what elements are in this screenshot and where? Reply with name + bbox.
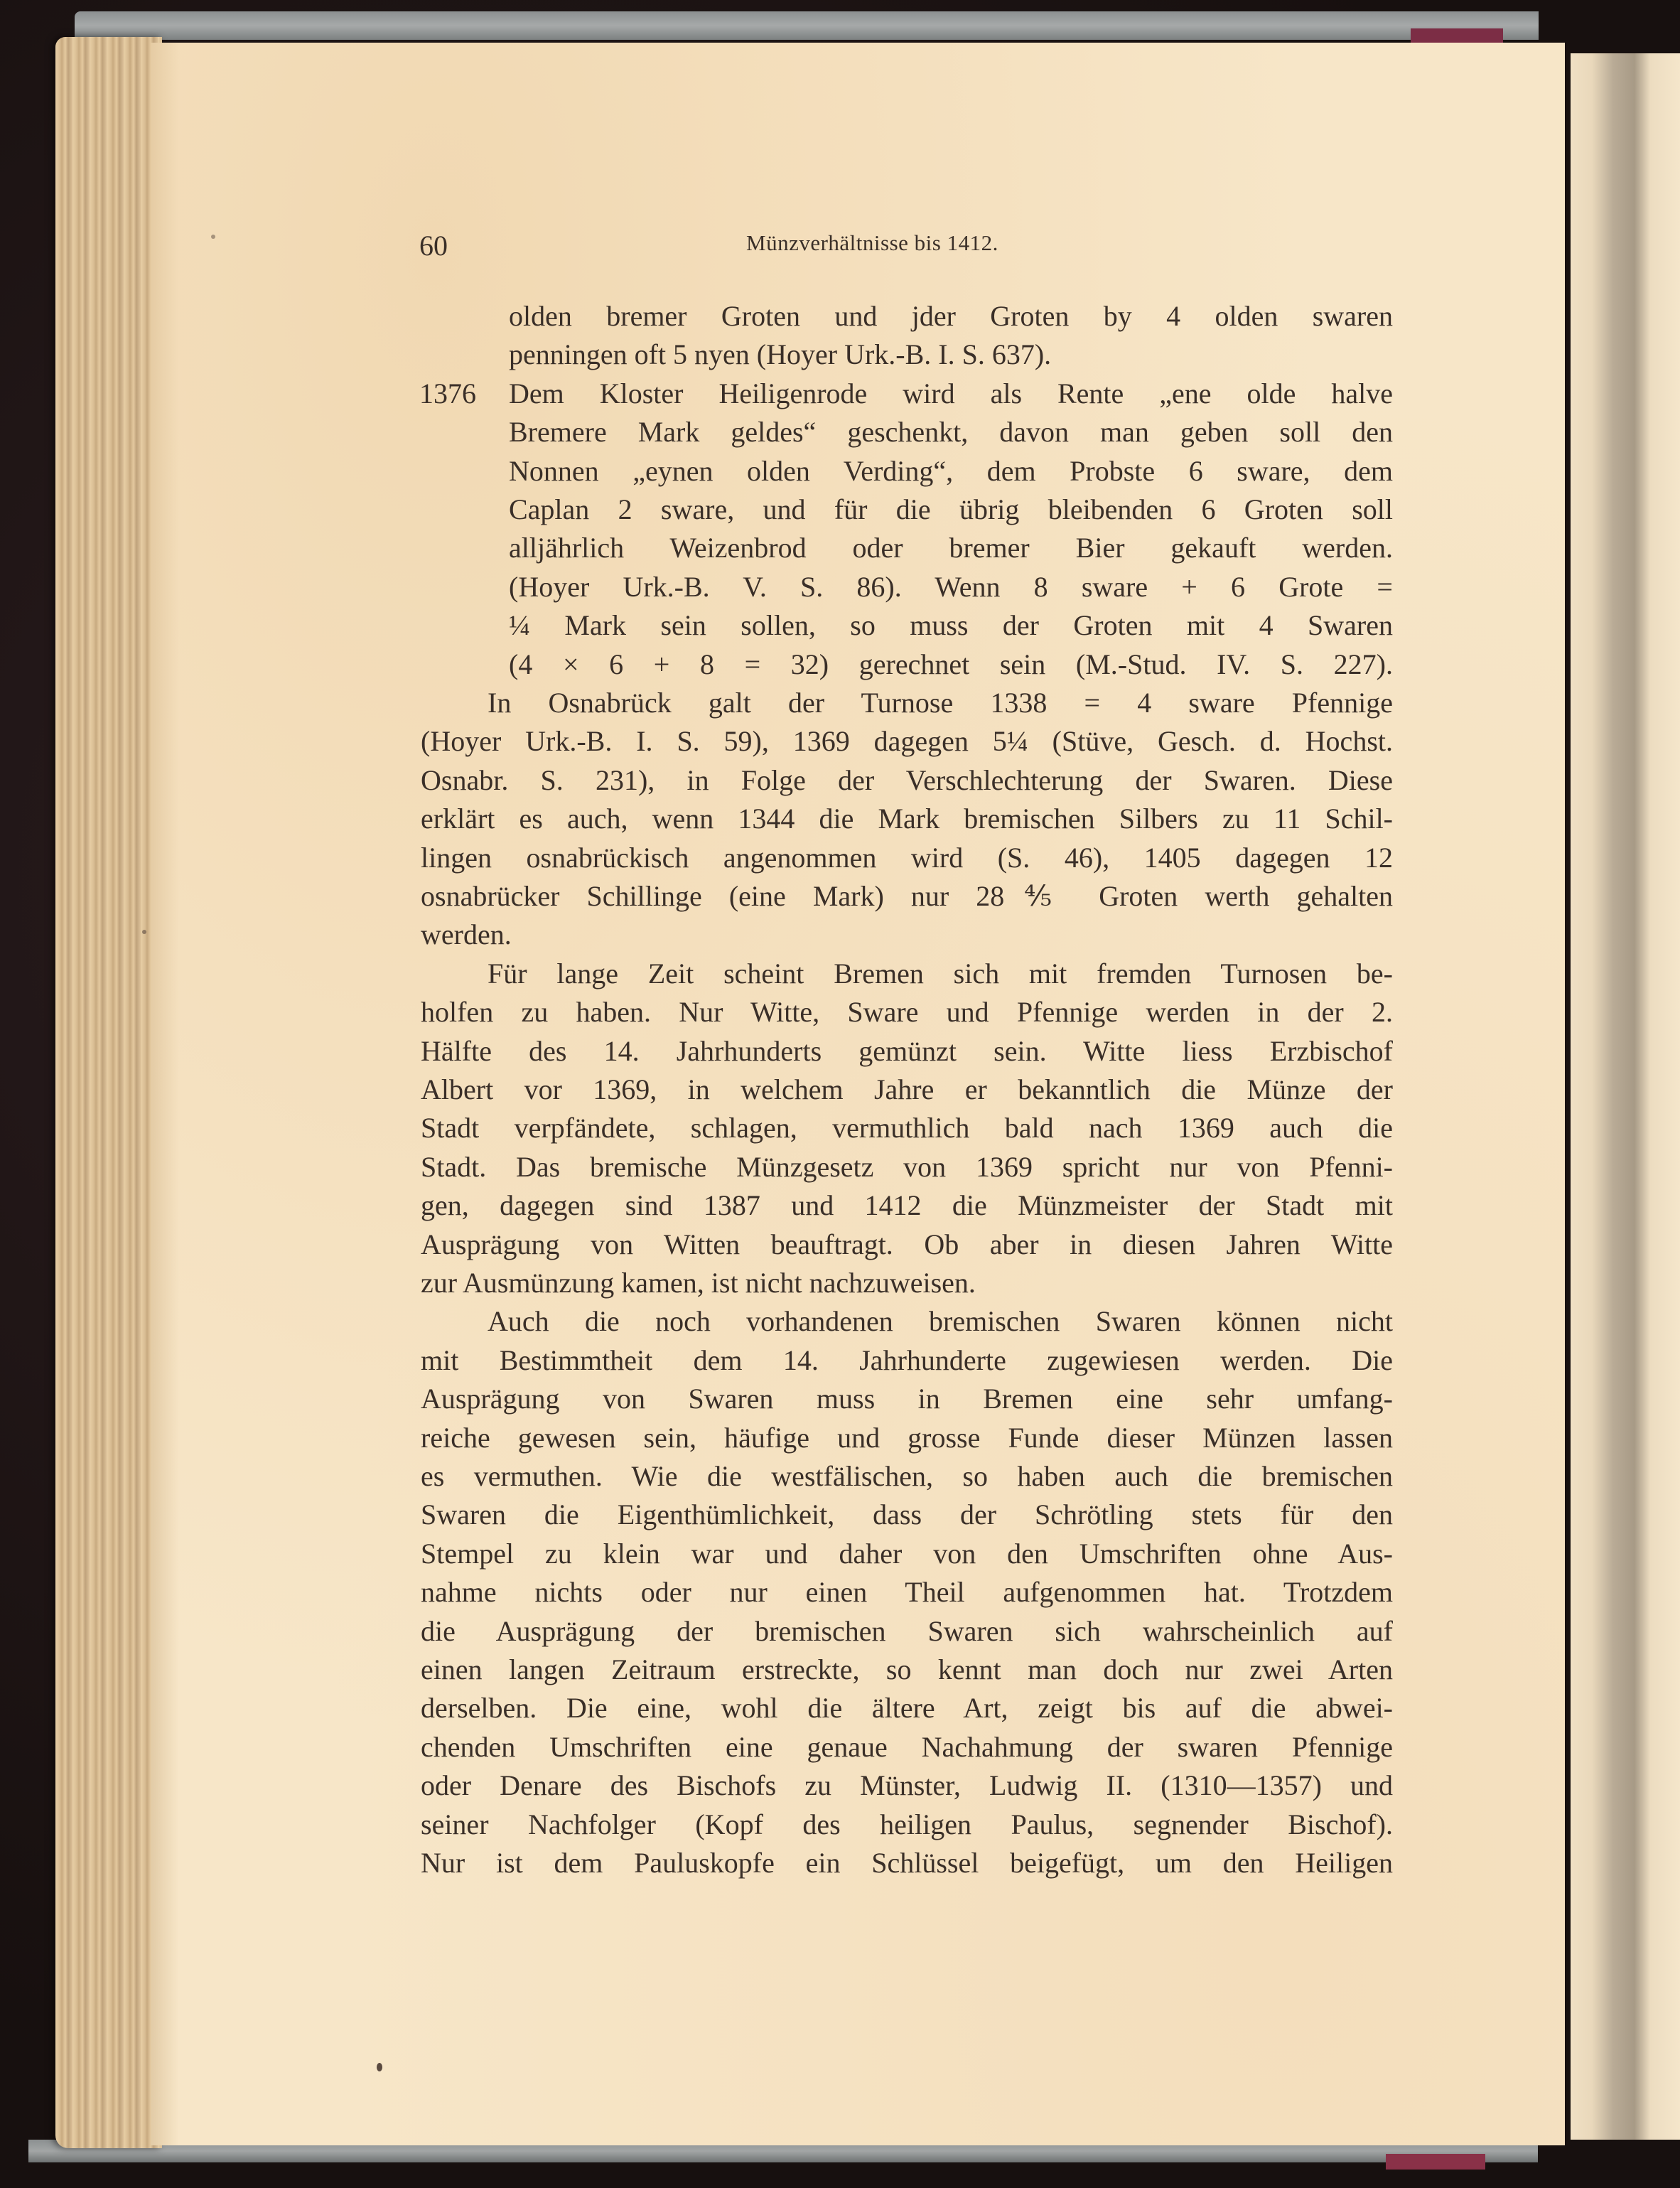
text-line: Auch die noch vorhandenen bremischen Swa… [488, 1302, 1393, 1341]
text-line: werden. [421, 916, 1393, 954]
text-line: oder Denare des Bischofs zu Münster, Lud… [421, 1766, 1393, 1805]
page-text: 60 Münzverhältnisse bis 1412. 1376 olden… [0, 0, 1680, 2188]
text-line: Ausprägung von Witten beauftragt. Ob abe… [421, 1226, 1393, 1264]
text-line: Nonnen „eynen olden Verding“, dem Probst… [509, 452, 1393, 490]
text-line: chenden Umschriften eine genaue Nachahmu… [421, 1728, 1393, 1766]
text-line: Albert vor 1369, in welchem Jahre er bek… [421, 1071, 1393, 1109]
text-line: Swaren die Eigenthümlichkeit, dass der S… [421, 1496, 1393, 1534]
text-line: penningen oft 5 nyen (Hoyer Urk.-B. I. S… [509, 336, 1393, 374]
text-line: holfen zu haben. Nur Witte, Sware und Pf… [421, 993, 1393, 1031]
text-line: Caplan 2 sware, und für die übrig bleibe… [509, 490, 1393, 529]
text-line: Bremere Mark geldes“ geschenkt, davon ma… [509, 413, 1393, 451]
text-line: gen, dagegen sind 1387 und 1412 die Münz… [421, 1186, 1393, 1225]
text-line: erklärt es auch, wenn 1344 die Mark brem… [421, 800, 1393, 838]
text-line: Osnabr. S. 231), in Folge der Verschlech… [421, 761, 1393, 800]
text-line: einen langen Zeitraum erstreckte, so ken… [421, 1651, 1393, 1689]
text-line: es vermuthen. Wie die westfälischen, so … [421, 1457, 1393, 1496]
text-line: zur Ausmünzung kamen, ist nicht nachzuwe… [421, 1264, 1393, 1302]
text-line: In Osnabrück galt der Turnose 1338 = 4 s… [488, 684, 1393, 722]
text-line: (4 × 6 + 8 = 32) gerechnet sein (M.-Stud… [509, 645, 1393, 684]
text-line: derselben. Die eine, wohl die ältere Art… [421, 1689, 1393, 1727]
text-line: Stadt verpfändete, schlagen, vermuthlich… [421, 1109, 1393, 1147]
text-line: osnabrücker Schillinge (eine Mark) nur 2… [421, 877, 1393, 916]
text-line: olden bremer Groten und jder Groten by 4… [509, 297, 1393, 336]
page-number: 60 [419, 229, 448, 262]
text-line: Für lange Zeit scheint Bremen sich mit f… [488, 955, 1393, 993]
text-line: seiner Nachfolger (Kopf des heiligen Pau… [421, 1806, 1393, 1844]
text-line: lingen osnabrückisch angenommen wird (S.… [421, 839, 1393, 877]
text-line: ¼ Mark sein sollen, so muss der Groten m… [509, 606, 1393, 645]
text-line: (Hoyer Urk.-B. I. S. 59), 1369 dagegen 5… [421, 722, 1393, 761]
text-line: Stempel zu klein war und daher von den U… [421, 1535, 1393, 1573]
text-line: Nur ist dem Pauluskopfe ein Schlüssel be… [421, 1844, 1393, 1882]
text-line: reiche gewesen sein, häufige und grosse … [421, 1419, 1393, 1457]
text-line: nahme nichts oder nur einen Theil aufgen… [421, 1573, 1393, 1611]
text-line: (Hoyer Urk.-B. V. S. 86). Wenn 8 sware +… [509, 568, 1393, 606]
text-line: Stadt. Das bremische Münzgesetz von 1369… [421, 1148, 1393, 1186]
text-line: Dem Kloster Heiligenrode wird als Rente … [509, 375, 1393, 413]
text-line: alljährlich Weizenbrod oder bremer Bier … [509, 529, 1393, 567]
margin-year: 1376 [419, 375, 476, 413]
text-line: die Ausprägung der bremischen Swaren sic… [421, 1612, 1393, 1651]
text-line: Hälfte des 14. Jahrhunderts gemünzt sein… [421, 1032, 1393, 1071]
text-line: mit Bestimmtheit dem 14. Jahrhunderte zu… [421, 1341, 1393, 1380]
text-line: Ausprägung von Swaren muss in Bremen ein… [421, 1380, 1393, 1418]
running-head: Münzverhältnisse bis 1412. [746, 230, 998, 256]
